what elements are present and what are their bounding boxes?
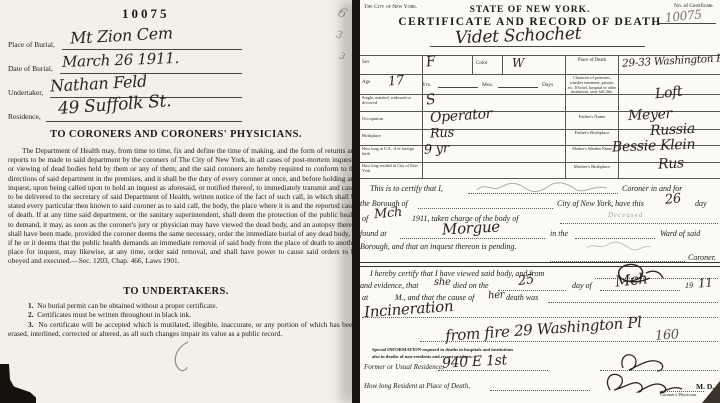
color-value: W bbox=[512, 56, 524, 70]
marital-label: Single, married, widowed or divorced bbox=[362, 96, 420, 106]
us-years-value: 9 yr bbox=[424, 141, 450, 158]
days-label: Days bbox=[542, 82, 553, 88]
date-of-burial-label: Date of Burial, bbox=[8, 64, 53, 73]
certify-line1a: This is to certify that I, bbox=[370, 184, 443, 193]
death-year-value: 11 bbox=[697, 275, 713, 290]
father-birthplace-label: Father's Birthplace bbox=[568, 130, 616, 135]
certify-line4b: in the bbox=[550, 229, 568, 238]
age-mos-line bbox=[438, 79, 478, 88]
undertakers-heading: TO UNDERTAKERS. bbox=[0, 286, 352, 297]
certificate-number: 10075 bbox=[122, 6, 170, 22]
item-number: 2. bbox=[28, 310, 34, 319]
state-heading: STATE OF NEW YORK. bbox=[360, 5, 700, 15]
grid-line bbox=[360, 178, 720, 179]
deceased-name-line bbox=[430, 34, 645, 47]
undertakers-list: 1. No burial permit can be obtained with… bbox=[8, 301, 356, 339]
coroner-label: Coroner. bbox=[688, 253, 716, 262]
physician-line2b: died on the bbox=[453, 281, 489, 290]
grid-line bbox=[565, 55, 566, 178]
nyc-years-label: How long resided in City of New York bbox=[362, 164, 418, 174]
item-number: 1. bbox=[28, 301, 34, 310]
stamp-number: 160 bbox=[655, 327, 680, 344]
birthplace-label: Birthplace bbox=[362, 133, 381, 138]
ink-mark: 3 bbox=[337, 51, 346, 62]
certify-line5: Borough, and that an inquest thereon is … bbox=[360, 242, 517, 251]
father-name-label: Father's Name bbox=[568, 114, 616, 119]
right-page: The City of New York. STATE OF NEW YORK.… bbox=[352, 0, 720, 403]
death-certificate-scan: 10075 Place of Burial, Mt Zion Cem Date … bbox=[0, 0, 720, 403]
premises-label: Character of premises, whether tenement,… bbox=[567, 76, 617, 95]
grid-line bbox=[618, 55, 619, 178]
certify-line4a: found at bbox=[360, 229, 386, 238]
binding-post-silhouette bbox=[0, 364, 36, 403]
coroners-physician-label: Coroner's Physician. bbox=[660, 392, 697, 397]
residence-label: Residence, bbox=[8, 112, 41, 121]
mother-birthplace-label: Mother's Birthplace bbox=[568, 164, 616, 169]
grid-line bbox=[502, 55, 503, 74]
age-value: 17 bbox=[387, 73, 404, 89]
cause-rule bbox=[362, 316, 718, 318]
md-label: M. D. bbox=[696, 382, 714, 391]
physician-line2c: day of bbox=[572, 281, 592, 290]
sex-value: F bbox=[425, 53, 437, 70]
ink-curve bbox=[170, 340, 194, 374]
grid-line bbox=[360, 74, 720, 75]
ink-mark: 3 bbox=[335, 29, 344, 41]
coroner-signature-flourish bbox=[475, 180, 610, 194]
found-at-value: Morgue bbox=[442, 217, 501, 238]
place-of-death-label: Place of Death bbox=[568, 58, 616, 64]
undertaker-label: Undertaker, bbox=[8, 88, 43, 97]
former-residence-label: Former or Usual Residence, bbox=[364, 363, 444, 371]
age-label: Age bbox=[362, 80, 370, 86]
residence-fill-line bbox=[438, 362, 548, 371]
us-years-label: How long in U.S., if of foreign birth bbox=[362, 147, 418, 157]
cause-line bbox=[548, 292, 718, 303]
item-text: No certificate will be accepted which is… bbox=[8, 320, 356, 338]
occupation-label: Occupation bbox=[362, 116, 383, 121]
coroners-heading: TO CORONERS AND CORONERS' PHYSICIANS. bbox=[0, 129, 352, 140]
ward-line bbox=[575, 228, 655, 239]
premises-value: Loft bbox=[654, 84, 683, 103]
borough-line bbox=[418, 198, 553, 209]
color-label: Color bbox=[476, 61, 487, 67]
physician-line3a: at bbox=[362, 293, 368, 302]
month-taken-value: Mch bbox=[373, 205, 402, 222]
item-text: No burial permit can be obtained without… bbox=[37, 301, 217, 310]
list-item: 3. No certificate will be accepted which… bbox=[8, 320, 356, 339]
physician-line2a: and evidence, that bbox=[360, 281, 418, 290]
howlong-resident-label: How long Resident at Place of Death, bbox=[364, 382, 470, 390]
left-page: 10075 Place of Burial, Mt Zion Cem Date … bbox=[0, 0, 360, 403]
pronoun-her: her bbox=[488, 289, 505, 301]
mother-maiden-label: Mother's Maiden Name bbox=[568, 147, 616, 152]
mother-maiden-value: Bessie Klein bbox=[612, 137, 696, 156]
physician-line3c: death was bbox=[506, 293, 538, 302]
birthplace-value: Rus bbox=[430, 125, 455, 141]
death-day-value: 25 bbox=[517, 272, 535, 289]
day-taken-value: 26 bbox=[664, 191, 681, 208]
year-prefix: 19 bbox=[685, 281, 693, 290]
pronoun-she: she bbox=[434, 277, 451, 288]
list-item: 2. Certificates must be written througho… bbox=[8, 310, 356, 319]
yrs-label: Yrs. bbox=[422, 82, 431, 88]
certify-line3a: of bbox=[362, 214, 368, 223]
sex-label: Sex bbox=[362, 60, 370, 66]
mother-birthplace-value: Rus bbox=[658, 155, 685, 172]
certify-line2b: City of New York, have this bbox=[557, 199, 644, 208]
item-text: Certificates must be written throughout … bbox=[37, 310, 191, 319]
special-note-line1: Special INFORMATION required in deaths i… bbox=[372, 347, 572, 353]
mos-label: Mos. bbox=[482, 82, 493, 88]
age-days-line bbox=[498, 79, 538, 88]
certify-line4c: Ward of said bbox=[660, 229, 700, 238]
occupation-value: Operator bbox=[430, 106, 493, 126]
place-of-burial-label: Place of Burial, bbox=[8, 40, 55, 49]
deceased-stamp: Deceased bbox=[608, 211, 643, 219]
death-month-value: Mch bbox=[614, 269, 648, 290]
grid-line bbox=[422, 55, 423, 178]
list-item: 1. No burial permit can be obtained with… bbox=[8, 301, 356, 310]
grid-line bbox=[472, 55, 473, 74]
coroners-paragraph: The Department of Health may, from time … bbox=[8, 146, 358, 266]
certify-line2c: day bbox=[695, 199, 707, 208]
item-number: 3. bbox=[28, 320, 34, 329]
howlong-fill-line bbox=[490, 382, 590, 391]
ink-mark: 6 bbox=[335, 5, 349, 22]
